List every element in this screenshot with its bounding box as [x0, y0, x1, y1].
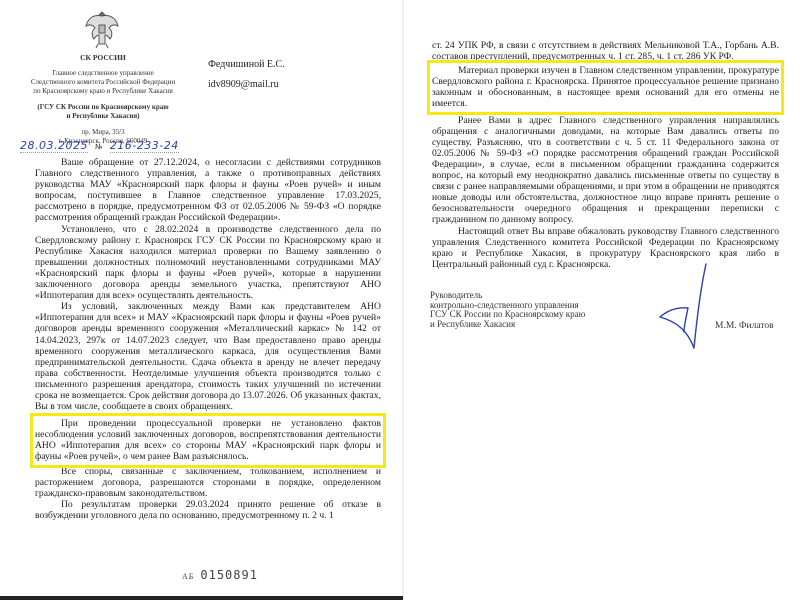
- paragraph: Установлено, что с 28.02.2024 в производ…: [35, 224, 381, 302]
- highlighted-paragraph: Материал проверки изучен в Главном следс…: [432, 65, 779, 109]
- org-short-name: СК РОССИИ: [18, 53, 188, 62]
- signatory-title-line: и Республике Хакасия: [430, 320, 585, 330]
- addressee-block: Федчишиной Е.С. idv8909@mail.ru: [208, 55, 285, 95]
- registration-date: 28.03.2025: [20, 139, 88, 153]
- paragraph: Все споры, связанные с заключением, толк…: [35, 466, 381, 499]
- org-line: по Красноярскому краю и Республике Хакас…: [18, 87, 188, 96]
- paragraph: Из условий, заключенных между Вами как п…: [35, 301, 381, 412]
- paragraph: Настоящий ответ Вы вправе обжаловать рук…: [432, 226, 779, 270]
- addressee-name: Федчишиной Е.С.: [208, 55, 285, 75]
- sender-organization-block: СК РОССИИ Главное следственное управлени…: [18, 53, 188, 146]
- registration-number: 216-233-24: [110, 139, 179, 153]
- paragraph: По результатам проверки 29.03.2024 приня…: [35, 499, 381, 521]
- form-number: 0150891: [200, 568, 258, 582]
- address-line: пр. Мира, 35/3: [18, 128, 188, 137]
- letter-body-right: ст. 24 УПК РФ, в связи с отсутствием в д…: [432, 40, 779, 270]
- continuation-paragraph: ст. 24 УПК РФ, в связи с отсутствием в д…: [432, 40, 779, 62]
- signatory-title: Руководитель контрольно-следственного уп…: [430, 291, 585, 329]
- russian-coat-of-arms-icon: [82, 8, 122, 50]
- letter-page-1: СК РОССИИ Главное следственное управлени…: [0, 0, 403, 600]
- page-bottom-edge: [0, 596, 403, 600]
- registration-number-label: №: [95, 143, 103, 151]
- org-abbr-line: (ГСУ СК России по Красноярскому краю: [18, 103, 188, 112]
- org-abbr-line: и Республике Хакасия): [18, 112, 188, 121]
- registration-line: 28.03.2025 № 216-233-24: [20, 139, 179, 152]
- addressee-email: idv8909@mail.ru: [208, 75, 285, 95]
- letter-body-left: Ваше обращение от 27.12.2024, о несоглас…: [35, 157, 381, 521]
- handwritten-signature-icon: [640, 262, 720, 352]
- highlighted-paragraph: При проведении процессуальной проверки н…: [35, 418, 381, 462]
- form-series: АБ: [182, 572, 194, 581]
- paragraph: Ранее Вами в адрес Главного следственног…: [432, 115, 779, 226]
- form-serial-number: АБ0150891: [182, 568, 258, 582]
- paragraph: Ваше обращение от 27.12.2024, о несоглас…: [35, 157, 381, 224]
- org-line: Главное следственное управление: [18, 69, 188, 78]
- signatory-name: М.М. Филатов: [715, 321, 774, 331]
- org-line: Следственного комитета Российской Федера…: [18, 78, 188, 87]
